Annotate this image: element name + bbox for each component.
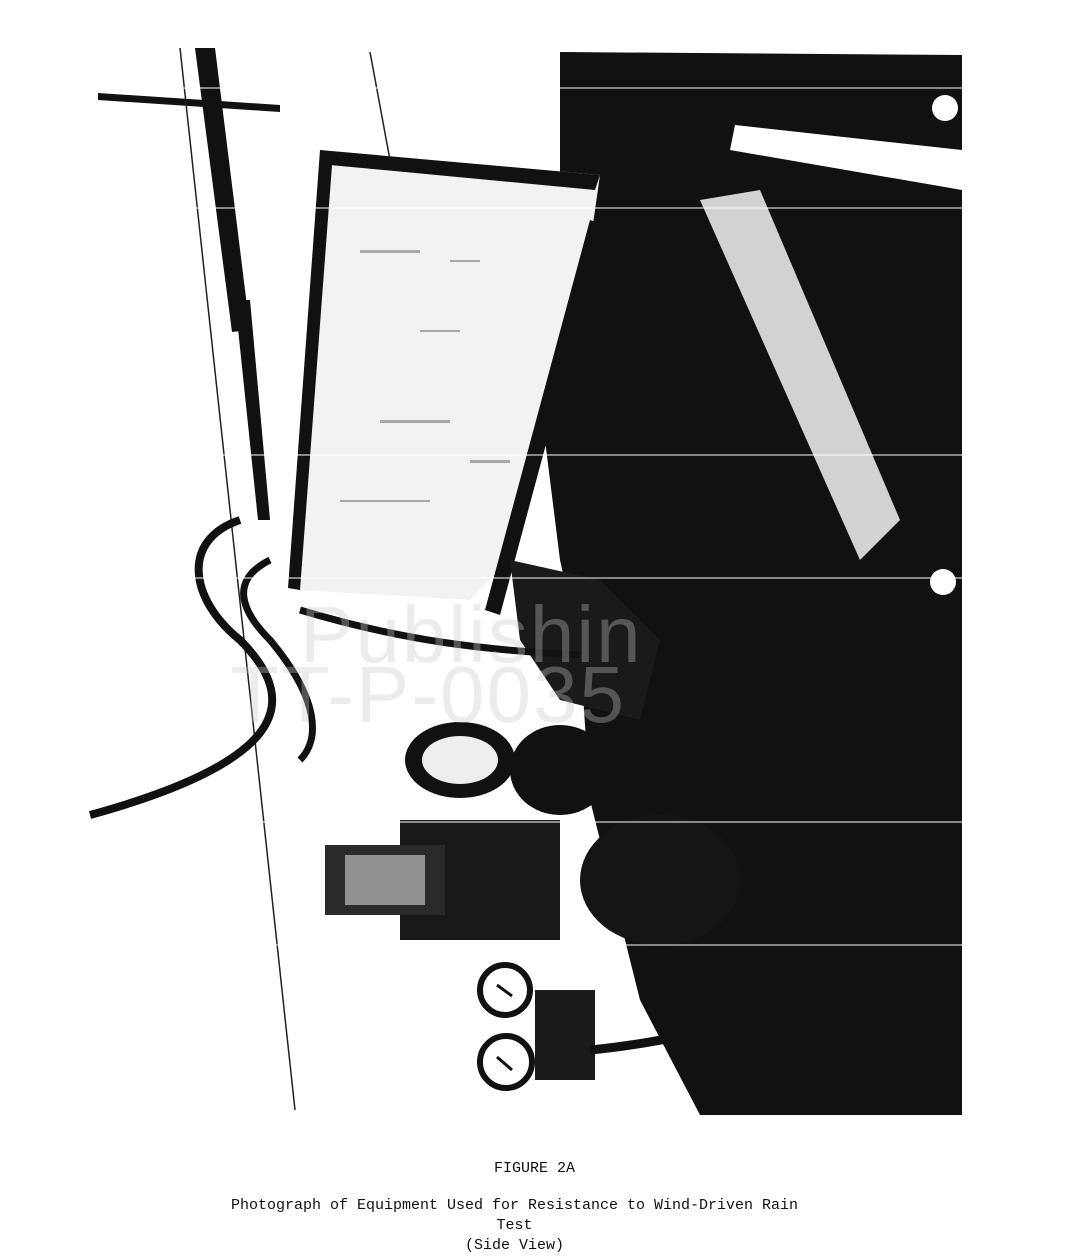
figure-title: Photograph of Equipment Used for Resista…	[0, 1197, 1059, 1214]
equipment-photograph	[0, 0, 1089, 1140]
figure-title-continued: Test	[0, 1217, 1059, 1234]
figure-subtitle: (Side View)	[0, 1237, 1059, 1254]
figure-label: FIGURE 2A	[0, 1160, 1079, 1177]
document-page: Publishin TT-P-0035 FIGURE 2A Photograph…	[0, 0, 1089, 1260]
